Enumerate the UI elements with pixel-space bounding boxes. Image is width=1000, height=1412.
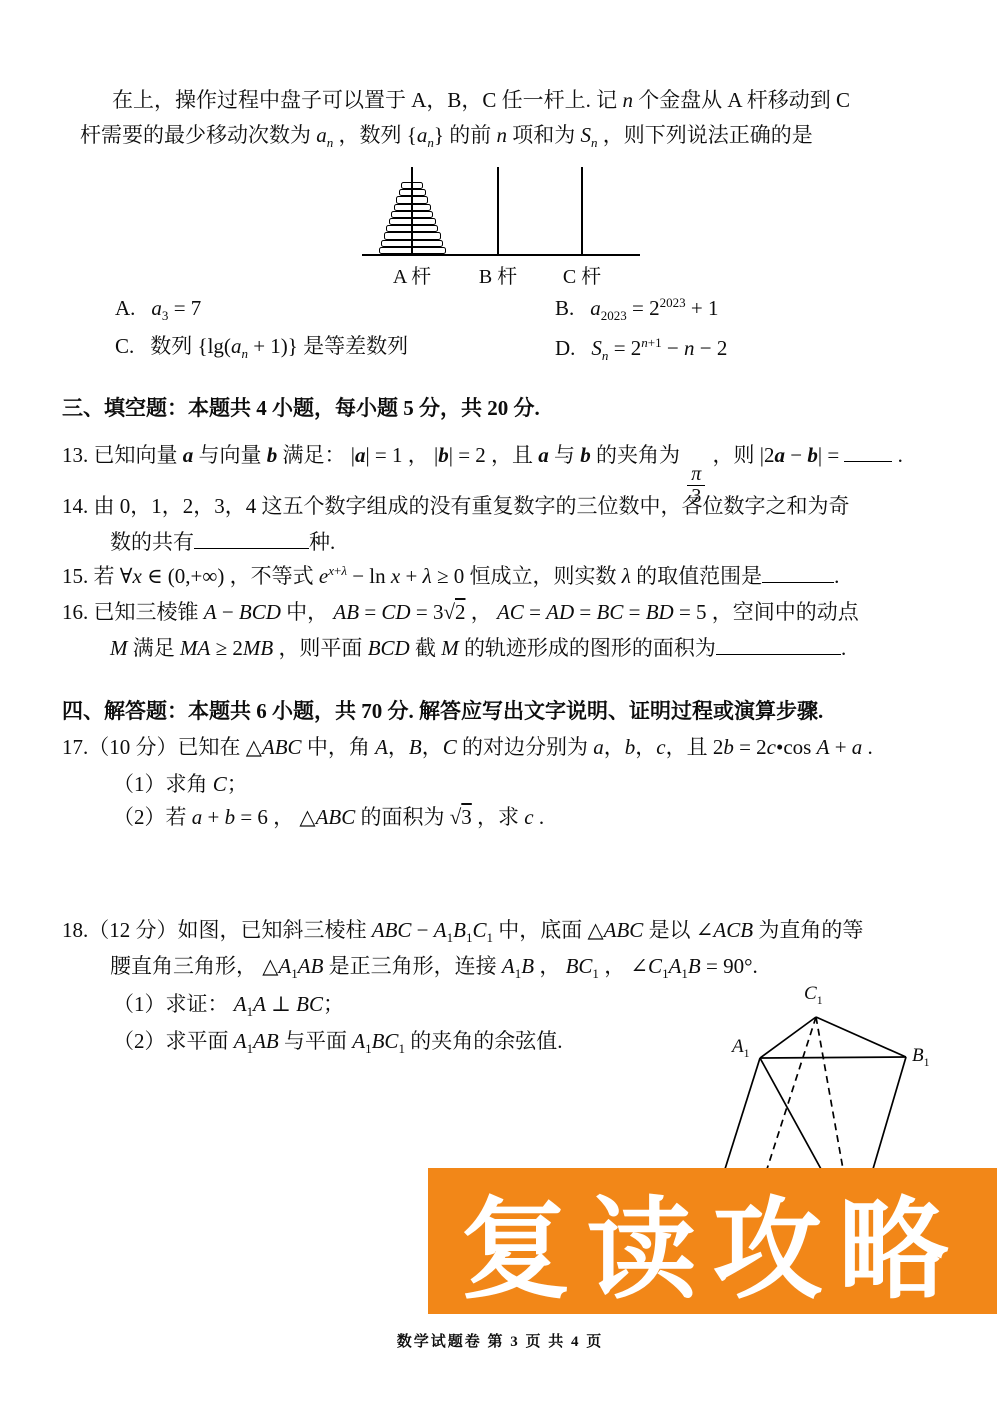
watermark-banner: 复读攻略 bbox=[428, 1168, 997, 1314]
prism-drawing bbox=[698, 983, 950, 1169]
question-18-part2: （2）求平面 A1AB 与平面 A1BC1 的夹角的余弦值. bbox=[113, 1026, 562, 1056]
hanoi-label-c: C 杆 bbox=[563, 260, 601, 289]
question-18-line1: 18.（12 分）如图，已知斜三棱柱 ABC − A1B1C1 中，底面 △AB… bbox=[62, 915, 863, 945]
intro-line-1: 在上，操作过程中盘子可以置于 A，B，C 任一杆上. 记 n 个金盘从 A 杆移… bbox=[112, 85, 850, 115]
question-17-stem: 17.（10 分）已知在 △ABC 中，角 A，B，C 的对边分别为 a，b，c… bbox=[62, 732, 873, 762]
question-14-line2: 数的共有种. bbox=[110, 527, 335, 557]
vertex-label-b1: B1 bbox=[912, 1045, 930, 1067]
question-16-line2: M 满足 MA ≥ 2MB ，则平面 BCD 截 M 的轨迹形成的图形的面积为. bbox=[110, 633, 846, 663]
hanoi-rod-a bbox=[411, 167, 413, 255]
vertex-label-a1: A1 bbox=[732, 1036, 750, 1058]
intro-line-2: 杆需要的最少移动次数为 an ，数列 {an} 的前 n 项和为 Sn ，则下列… bbox=[80, 120, 813, 150]
watermark-text: 复读攻略 bbox=[461, 1168, 965, 1314]
hanoi-rod-c bbox=[581, 167, 583, 255]
option-a: A. a3 = 7 bbox=[115, 293, 201, 323]
vertex-label-c1: C1 bbox=[804, 983, 823, 1005]
section3-heading: 三、填空题：本题共 4 小题，每小题 5 分，共 20 分. bbox=[62, 393, 540, 423]
hanoi-label-b: B 杆 bbox=[479, 260, 517, 289]
question-17-part1: （1）求角 C； bbox=[113, 769, 248, 799]
hanoi-label-a: A 杆 bbox=[393, 260, 431, 289]
page-footer: 数学试题卷 第 3 页 共 4 页 bbox=[0, 1330, 1000, 1351]
option-d: D. Sn = 2n+1 − n − 2 bbox=[555, 333, 727, 363]
question-18-part1: （1）求证： A1A ⊥ BC； bbox=[113, 989, 344, 1019]
question-16-line1: 16. 已知三棱锥 A − BCD 中， AB = CD = 3√2 ， AC … bbox=[62, 597, 859, 627]
hanoi-base-line bbox=[362, 254, 640, 256]
question-17-part2: （2）若 a + b = 6 ， △ABC 的面积为 √3 ，求 c . bbox=[113, 802, 544, 832]
option-c: C. 数列 {lg(an + 1)} 是等差数列 bbox=[115, 331, 408, 361]
hanoi-rod-b bbox=[497, 167, 499, 255]
question-18-line2: 腰直角三角形， △A1AB 是正三角形，连接 A1B ， BC1 ， ∠C1A1… bbox=[110, 951, 758, 981]
option-b: B. a2023 = 22023 + 1 bbox=[555, 293, 719, 323]
exam-page: 在上，操作过程中盘子可以置于 A，B，C 任一杆上. 记 n 个金盘从 A 杆移… bbox=[0, 0, 1000, 1412]
hanoi-figure: A 杆 B 杆 C 杆 bbox=[340, 162, 670, 290]
question-14-line1: 14. 由 0，1，2，3，4 这五个数字组成的没有重复数字的三位数中，各位数字… bbox=[62, 491, 850, 521]
section4-heading: 四、解答题：本题共 6 小题，共 70 分. 解答应写出文字说明、证明过程或演算… bbox=[62, 696, 823, 726]
question-15: 15. 若 ∀x ∈ (0,+∞) ，不等式 ex+λ − ln x + λ ≥… bbox=[62, 561, 839, 591]
prism-figure: C1 A1 B1 bbox=[698, 983, 950, 1169]
